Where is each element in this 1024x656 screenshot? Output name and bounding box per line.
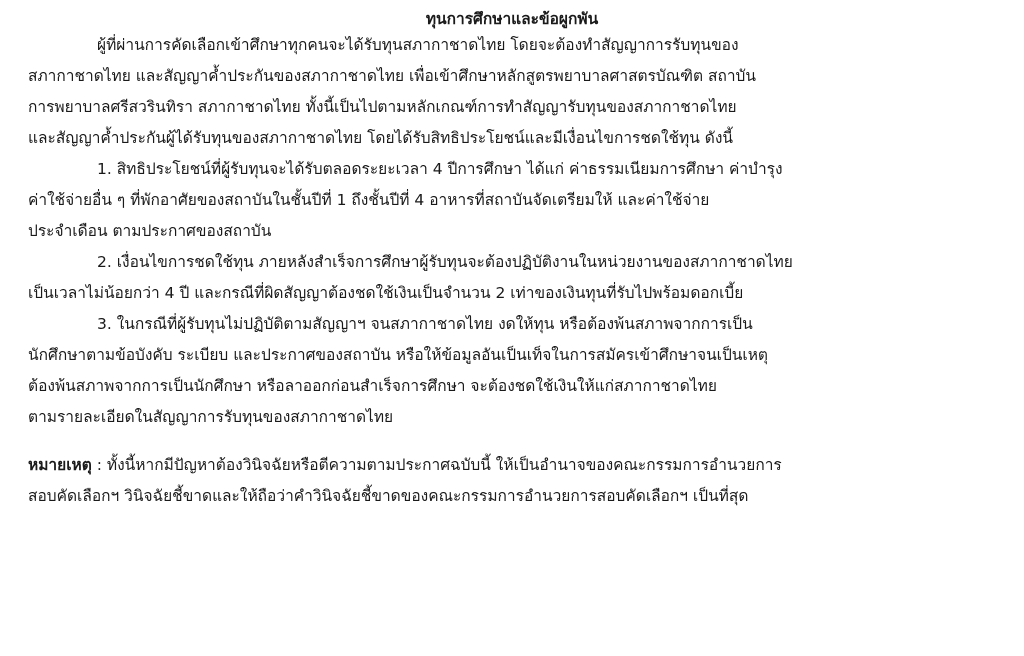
paragraph-line: การพยาบาลศรีสวรินทิรา สภากาชาดไทย ทั้งนี… [28, 94, 737, 120]
paragraph-line: ผู้ที่ผ่านการคัดเลือกเข้าศึกษาทุกคนจะได้… [97, 32, 739, 58]
note-label: หมายเหตุ [28, 456, 92, 474]
paragraph-line: 2. เงื่อนไขการชดใช้ทุน ภายหลังสำเร็จการศ… [97, 249, 793, 275]
paragraph-line: สภากาชาดไทย และสัญญาค้ำประกันของสภากาชาด… [28, 63, 756, 89]
paragraph-line: และสัญญาค้ำประกันผู้ได้รับทุนของสภากาชาด… [28, 125, 733, 151]
note-line: หมายเหตุ : ทั้งนี้หากมีปัญหาต้องวินิจฉัย… [28, 452, 782, 478]
paragraph-line: 3. ในกรณีที่ผู้รับทุนไม่ปฏิบัติตามสัญญาฯ… [97, 311, 753, 337]
paragraph-line: เป็นเวลาไม่น้อยกว่า 4 ปี และกรณีที่ผิดสั… [28, 280, 743, 306]
paragraph-line: ค่าใช้จ่ายอื่น ๆ ที่พักอาศัยของสถาบันในช… [28, 187, 709, 213]
paragraph-line: 1. สิทธิประโยชน์ที่ผู้รับทุนจะได้รับตลอด… [97, 156, 783, 182]
paragraph-line: ต้องพ้นสภาพจากการเป็นนักศึกษา หรือลาออกก… [28, 373, 717, 399]
note-line: สอบคัดเลือกฯ วินิจฉัยชี้ขาดและให้ถือว่าค… [28, 483, 748, 509]
note-separator: : [92, 456, 107, 474]
paragraph-line: ตามรายละเอียดในสัญญาการรับทุนของสภากาชาด… [28, 404, 393, 430]
note-text: ทั้งนี้หากมีปัญหาต้องวินิจฉัยหรือตีความต… [107, 456, 782, 474]
paragraph-line: ประจำเดือน ตามประกาศของสถาบัน [28, 218, 271, 244]
document-page: ทุนการศึกษาและข้อผูกพัน ผู้ที่ผ่านการคัด… [0, 0, 1024, 656]
document-title: ทุนการศึกษาและข้อผูกพัน [0, 6, 1024, 32]
paragraph-line: นักศึกษาตามข้อบังคับ ระเบียบ และประกาศขอ… [28, 342, 768, 368]
